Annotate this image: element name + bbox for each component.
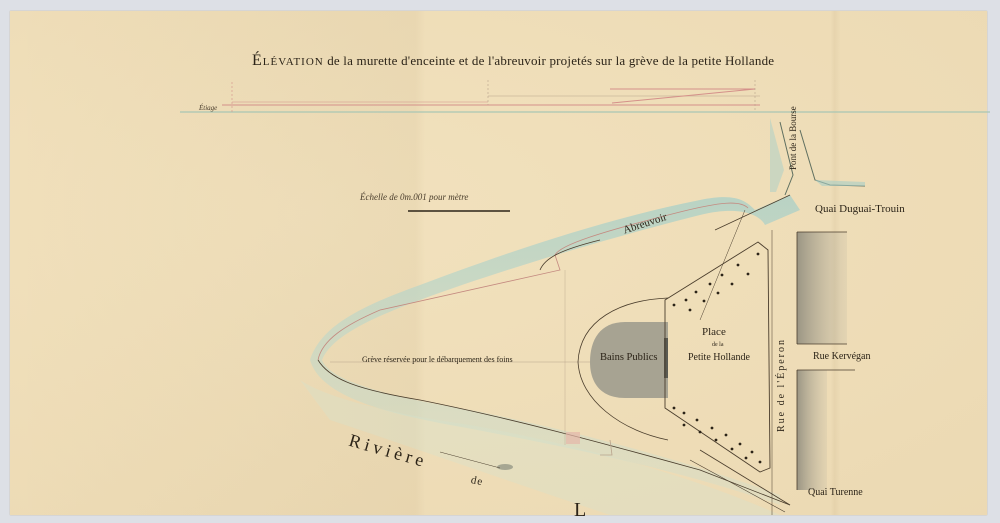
map-title: Élévation de la murette d'enceinte et de… <box>252 53 774 69</box>
quai-duguay-trouin-label: Quai Duguai-Trouin <box>815 204 905 215</box>
place-label-line3: Petite Hollande <box>688 353 750 363</box>
rue-kervegan-label: Rue Kervégan <box>813 352 870 362</box>
bains-publics-building <box>578 298 668 440</box>
map-drawing <box>0 0 1000 523</box>
quai-turenne-label: Quai Turenne <box>808 488 863 498</box>
bains-publics-label: Bains Publics <box>600 353 657 364</box>
scale-label: Échelle de 0m.001 pour mètre <box>360 193 468 202</box>
elevation-profile <box>180 80 990 112</box>
pont-de-la-bourse-label: Pont de la Bourse <box>789 106 798 170</box>
greve-label: Grève réservée pour le débarquement des … <box>362 356 513 364</box>
place-label-line2: de la <box>712 342 724 348</box>
river-label-word3: L <box>574 500 586 520</box>
rue-eperon-label: Rue de l'Éperon <box>777 338 787 432</box>
place-label-line1: Place <box>702 327 726 338</box>
river-label-word2: de <box>470 475 484 488</box>
etiage-label: Étiage <box>199 105 217 112</box>
